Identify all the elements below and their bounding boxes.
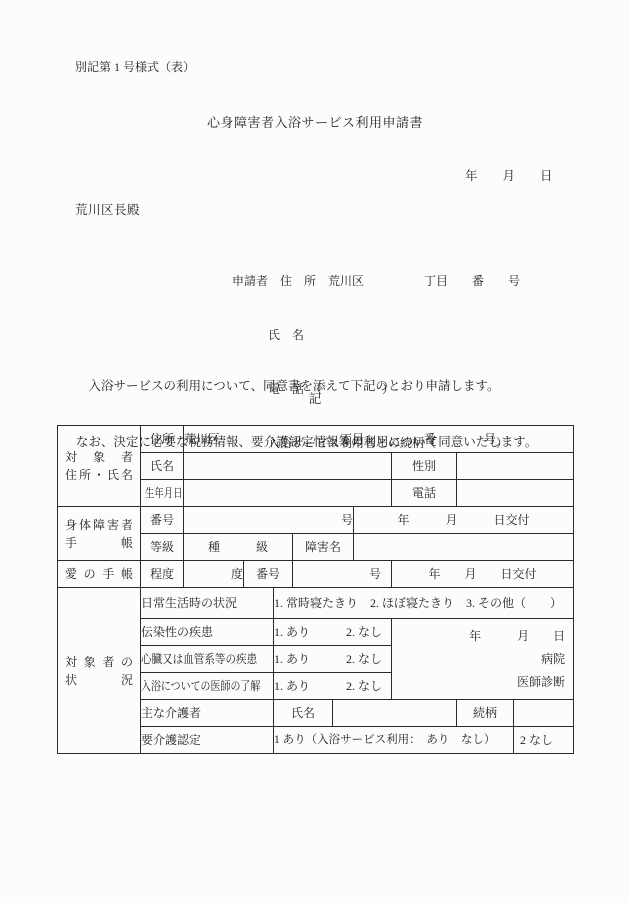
carecert-choice2-cell: 2 なし xyxy=(514,727,574,754)
infection-label-cell: 伝染性の疾患 xyxy=(141,619,274,646)
condition-group-line2: 状況 xyxy=(58,671,140,689)
caregiver-relation-value-cell xyxy=(514,700,574,727)
heart-label: 心臓又は血管系等の疾患 xyxy=(141,652,257,667)
birth-label: 生年月日 xyxy=(145,486,182,501)
consent-label: 入浴についての医師の了解 xyxy=(141,679,260,694)
medical-diagnosis-cell: 年 月 日 病院 医師診断 xyxy=(392,619,574,700)
form-page: 別記第 1 号様式（表） 心身障害者入浴サービス利用申請書 年 月 日 荒川区長… xyxy=(0,0,630,903)
page-title: 心身障害者入浴サービス利用申請書 xyxy=(0,112,630,131)
daily-label-cell: 日常生活時の状況 xyxy=(141,588,274,619)
condition-group-cell: 対象者の 状況 xyxy=(58,588,141,754)
shintai-issue-cell: 年 月 日交付 xyxy=(354,507,574,534)
heart-label-cell: 心臓又は血管系等の疾患 xyxy=(141,646,274,673)
address-label-cell: 住所 xyxy=(141,426,184,453)
shintai-group-cell: 身体障害者 手帳 xyxy=(58,507,141,561)
condition-group-line1: 対象者の xyxy=(58,653,140,671)
date-field: 年 月 日 xyxy=(465,166,553,184)
ai-group-cell: 愛の手帳 xyxy=(58,561,141,588)
ai-number-value-cell: 号 xyxy=(293,561,392,588)
sex-label-cell: 性別 xyxy=(392,453,457,480)
daily-choices-cell: 1. 常時寝たきり 2. ほぼ寝たきり 3. その他（ ） xyxy=(274,588,574,619)
form-code: 別記第 1 号様式（表） xyxy=(75,58,195,75)
address-value-cell: 荒川区 丁目 番 号 xyxy=(184,426,574,453)
caregiver-name-label-cell: 氏名 xyxy=(274,700,333,727)
application-table: 対象者 住所・氏名 住所 荒川区 丁目 番 号 氏名 性別 生年月日 電話 xyxy=(57,425,574,754)
consent-choices-cell: 1. あり 2. なし xyxy=(274,673,392,700)
birth-label-cell: 生年月日 xyxy=(141,480,184,507)
caregiver-name-value-cell xyxy=(333,700,457,727)
ki-heading: 記 xyxy=(0,389,630,407)
ai-group-line: 愛の手帳 xyxy=(58,565,140,583)
subject-group-cell: 対象者 住所・氏名 xyxy=(58,426,141,507)
subject-group-line2: 住所・氏名 xyxy=(58,466,140,484)
birth-value-cell xyxy=(184,480,392,507)
disability-value-cell xyxy=(354,534,574,561)
infection-choices-cell: 1. あり 2. なし xyxy=(274,619,392,646)
shintai-number-label-cell: 番号 xyxy=(141,507,184,534)
medical-diagnosis-line: 医師診断 xyxy=(392,671,573,694)
grade-label-cell: 等級 xyxy=(141,534,184,561)
shintai-group-line2: 手帳 xyxy=(58,534,140,552)
ai-issue-cell: 年 月 日交付 xyxy=(392,561,574,588)
consent-label-cell: 入浴についての医師の了解 xyxy=(141,673,274,700)
shintai-group-line1: 身体障害者 xyxy=(58,516,140,534)
phone-label-cell: 電話 xyxy=(392,480,457,507)
name-label-cell: 氏名 xyxy=(141,453,184,480)
carecert-label-cell: 要介護認定 xyxy=(141,727,274,754)
ai-degree-label-cell: 程度 xyxy=(141,561,184,588)
name-value-cell xyxy=(184,453,392,480)
carecert-choice1-cell: 1 あり（入浴サービス利用： あり なし） xyxy=(274,727,514,754)
ai-degree-value-cell: 度 xyxy=(184,561,244,588)
grade-value-cell: 種 級 xyxy=(184,534,293,561)
phone-value-cell xyxy=(457,480,574,507)
heart-choices-cell: 1. あり 2. なし xyxy=(274,646,392,673)
addressee: 荒川区長殿 xyxy=(75,200,140,218)
disability-label-cell: 障害名 xyxy=(293,534,354,561)
shintai-number-value-cell: 号 xyxy=(184,507,354,534)
ai-number-label-cell: 番号 xyxy=(244,561,293,588)
subject-group-line1: 対象者 xyxy=(58,448,140,466)
medical-hospital-line: 病院 xyxy=(392,648,573,671)
sex-value-cell xyxy=(457,453,574,480)
applicant-address-line: 申請者 住 所 荒川区 丁目 番 号 xyxy=(232,272,520,290)
caregiver-label-cell: 主な介護者 xyxy=(141,700,274,727)
caregiver-relation-label-cell: 続柄 xyxy=(457,700,514,727)
medical-date-line: 年 月 日 xyxy=(392,625,573,648)
